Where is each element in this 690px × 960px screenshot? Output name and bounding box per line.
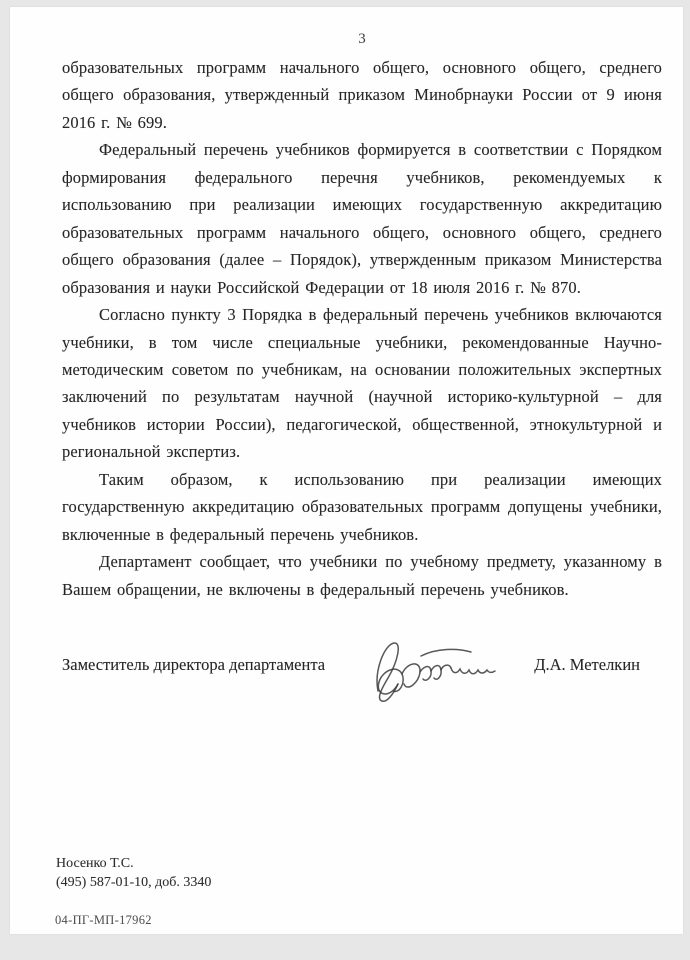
- document-page: 3 образовательных программ начального об…: [10, 7, 683, 934]
- screenshot-root: { "page": { "number": "3", "background_c…: [0, 0, 690, 960]
- paragraph: Департамент сообщает, что учебники по уч…: [62, 548, 662, 603]
- executor-contact-block: Носенко Т.С. (495) 587-01-10, доб. 3340: [56, 855, 211, 892]
- signer-position-title: Заместитель директора департамента: [62, 655, 325, 675]
- paragraph-continuation: образовательных программ начального обще…: [62, 54, 662, 136]
- reference-number: 04-ПГ-МП-17962: [55, 913, 152, 928]
- letter-body: образовательных программ начального обще…: [62, 54, 662, 603]
- paragraph: Таким образом, к использованию при реали…: [62, 466, 662, 548]
- paragraph: Федеральный перечень учебников формирует…: [62, 136, 662, 301]
- handwritten-signature-icon: [368, 633, 538, 715]
- executor-phone: (495) 587-01-10, доб. 3340: [56, 874, 211, 893]
- executor-name: Носенко Т.С.: [56, 855, 211, 874]
- signature-block: Заместитель директора департамента Д.А. …: [62, 655, 662, 675]
- paragraph: Согласно пункту 3 Порядка в федеральный …: [62, 301, 662, 466]
- signer-name: Д.А. Метелкин: [534, 655, 640, 675]
- page-number: 3: [62, 31, 662, 48]
